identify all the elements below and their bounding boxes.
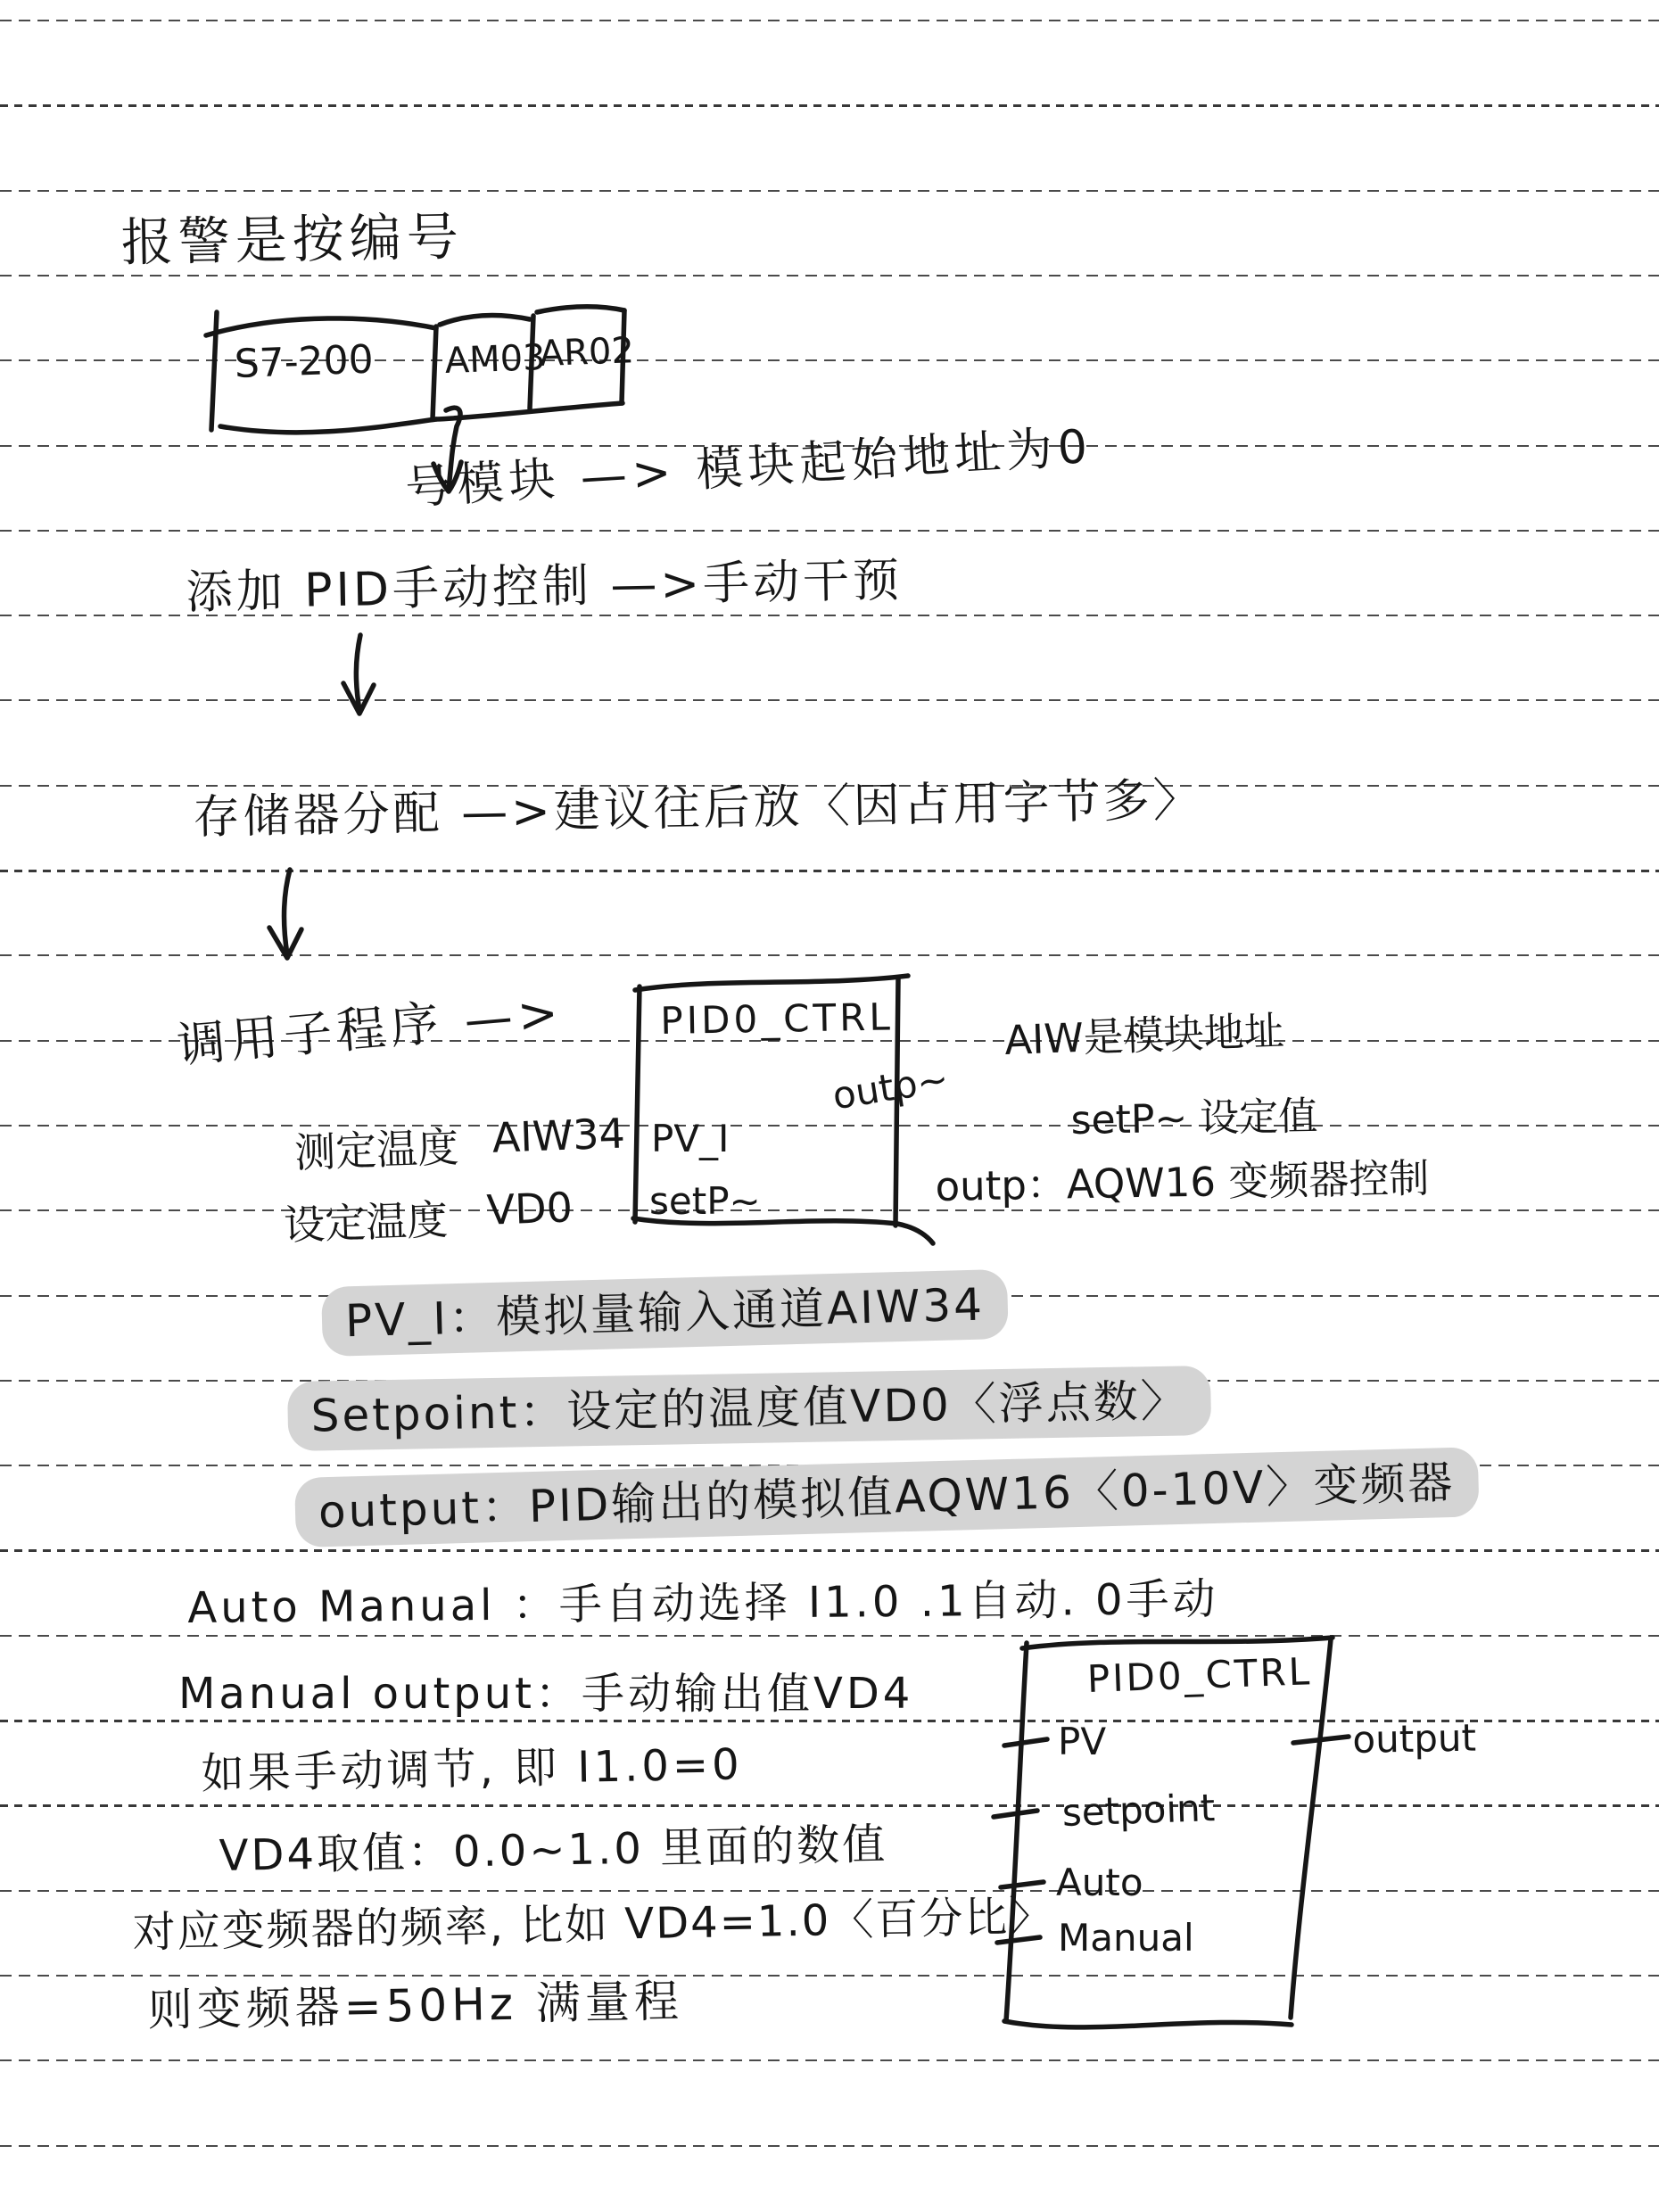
manual-line-manual-output: Manual output：手动输出值VD4 bbox=[178, 1659, 913, 1721]
add-pid-line: 添加 PID手动控制 —>手动干预 bbox=[186, 542, 904, 622]
pid-block-2-input-pv: PV bbox=[1058, 1720, 1106, 1763]
pid-block-2-input-setpoint: setpoint bbox=[1061, 1786, 1216, 1835]
pid-block-2-output-pin: output bbox=[1352, 1716, 1476, 1762]
arg-value: VD0 bbox=[486, 1183, 574, 1244]
manual-line-auto-manual: Auto Manual ：手自动选择 I1.0 .1自动. 0手动 bbox=[187, 1564, 1219, 1635]
plc-box-top-s7 bbox=[206, 318, 436, 335]
arg-label: 设定温度 bbox=[283, 1187, 449, 1251]
plc-box-bottom-s7 bbox=[220, 419, 436, 433]
pid-block-1-arg-measured-temp: 测定温度 AIW34 bbox=[293, 1110, 626, 1180]
pid-block-1-title: PID0_CTRL bbox=[660, 995, 894, 1043]
pid-block-1-top bbox=[635, 976, 908, 990]
pid-block-1-input-setp: setP~ bbox=[649, 1179, 761, 1223]
pid-block-2-pin-tick-pv bbox=[1004, 1739, 1047, 1746]
pid-block-2-left bbox=[1006, 1643, 1027, 2021]
pid-block-2-title: PID0_CTRL bbox=[1086, 1649, 1313, 1701]
pid-block-2-pin-tick-output bbox=[1293, 1737, 1349, 1743]
note-title: 报警是按编号 bbox=[120, 194, 464, 276]
plc-box-top-ar02 bbox=[537, 307, 624, 312]
pid-block-2-bottom bbox=[1004, 2021, 1292, 2027]
notebook-page: 报警是按编号 S7-200 AM03 AR02 号模块 —> 模块起始地址为0 … bbox=[0, 0, 1659, 2212]
plc-box-cell-ar02: AR02 bbox=[539, 330, 635, 375]
pid-block-2-input-manual: Manual bbox=[1058, 1916, 1194, 1960]
manual-line-vd4-range: VD4取值：0.0~1.0 里面的数值 bbox=[219, 1810, 888, 1883]
pid-block-2-right bbox=[1291, 1639, 1331, 2018]
pid-block-1-note-aiw: AIW是模块地址 bbox=[1003, 998, 1285, 1066]
down-arrow-2 bbox=[356, 635, 360, 710]
arg-label: 测定温度 bbox=[293, 1115, 459, 1179]
plc-box-divider-1 bbox=[433, 326, 436, 419]
down-arrow-3 bbox=[285, 870, 290, 954]
pid-block-2-input-auto: Auto bbox=[1056, 1861, 1143, 1904]
pid-block-1-input-pv: PV_I bbox=[651, 1117, 729, 1160]
plc-box-left-tick bbox=[211, 312, 217, 430]
pid-block-2-top bbox=[1022, 1638, 1333, 1648]
pid-block-2-pin-tick-setpoint bbox=[994, 1811, 1037, 1817]
plc-box-cell-s7-200: S7-200 bbox=[234, 337, 374, 387]
pid-block-1-note-outp: outp：AQW16 变频器控制 bbox=[935, 1145, 1430, 1212]
pid-block-1-note-setp: setP~ 设定值 bbox=[1070, 1084, 1318, 1145]
pid-block-1-arg-set-temp: 设定温度 VD0 bbox=[283, 1183, 574, 1251]
plc-box-top-am03 bbox=[440, 315, 530, 325]
plc-box-cell-am03: AM03 bbox=[444, 337, 546, 382]
pid-block-1-left bbox=[635, 986, 640, 1222]
manual-line-50hz: 则变频器=50Hz 满量程 bbox=[147, 1966, 683, 2039]
manual-line-if-manual: 如果手动调节, 即 I1.0=0 bbox=[201, 1729, 743, 1801]
arg-value: AIW34 bbox=[491, 1110, 626, 1173]
